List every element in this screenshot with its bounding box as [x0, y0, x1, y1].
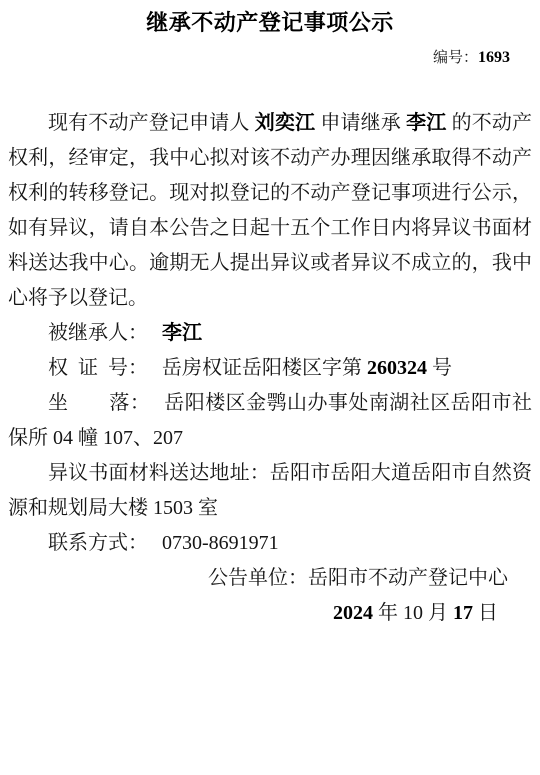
issue-date-year: 2024 [333, 602, 373, 624]
issuing-unit-value: 岳阳市不动产登记中心 [308, 567, 508, 589]
location-row: 坐 落：岳阳楼区金鹗山办事处南湖社区岳阳市社保所 04 幢 107、207 [8, 386, 532, 456]
document-number: 编号：1693 [8, 48, 532, 68]
issue-date-day: 17 [453, 602, 473, 624]
location-label: 坐 落： [48, 392, 150, 414]
contact-value: 0730-8691971 [162, 532, 279, 554]
contact-row: 联系方式：0730-8691971 [8, 526, 532, 561]
certificate-value-text: 岳房权证岳阳楼区字第 [162, 357, 367, 379]
certificate-value-suffix: 号 [427, 357, 452, 379]
paragraph-text: 现有不动产登记申请人 [48, 112, 255, 134]
objection-address-row: 异议书面材料送达地址：岳阳市岳阳大道岳阳市自然资源和规划局大楼 1503 室 [8, 456, 532, 526]
notice-document: 继承不动产登记事项公示 编号：1693 现有不动产登记申请人 刘奕江 申请继承 … [0, 0, 540, 775]
applicant-name: 刘奕江 [255, 112, 315, 134]
issue-date-day-unit: 日 [473, 602, 498, 624]
heir-row: 被继承人：李江 [8, 316, 532, 351]
certificate-label: 权 证 号： [48, 357, 148, 379]
heir-value: 李江 [162, 322, 202, 344]
paragraph-text: 申请继承 [315, 112, 406, 134]
certificate-value: 岳房权证岳阳楼区字第 260324 号 [162, 357, 452, 379]
notice-footer: 公告单位：岳阳市不动产登记中心 2024 年 10 月 17 日 [8, 561, 532, 631]
document-number-label: 编号： [433, 50, 478, 66]
issuing-unit-label: 公告单位： [208, 567, 308, 589]
document-number-value: 1693 [478, 49, 510, 66]
objection-address-label: 异议书面材料送达地址： [48, 462, 270, 484]
paragraph-text: 的不动产权利，经审定，我中心拟对该不动产办理因继承取得不动产权利的转移登记。现对… [8, 112, 532, 309]
decedent-name: 李江 [406, 112, 446, 134]
issue-date-year-unit: 年 [373, 602, 403, 624]
issuing-unit-row: 公告单位：岳阳市不动产登记中心 [8, 561, 532, 596]
certificate-row: 权 证 号：岳房权证岳阳楼区字第 260324 号 [8, 351, 532, 386]
issue-date-month-unit: 月 [423, 602, 453, 624]
certificate-number: 260324 [367, 357, 427, 379]
page-title: 继承不动产登记事项公示 [8, 8, 532, 38]
notice-paragraph: 现有不动产登记申请人 刘奕江 申请继承 李江 的不动产权利，经审定，我中心拟对该… [8, 106, 532, 316]
issue-date-month: 10 [403, 602, 423, 624]
notice-body: 现有不动产登记申请人 刘奕江 申请继承 李江 的不动产权利，经审定，我中心拟对该… [8, 106, 532, 561]
heir-label: 被继承人： [48, 322, 148, 344]
issue-date: 2024 年 10 月 17 日 [8, 596, 532, 631]
contact-label: 联系方式： [48, 532, 148, 554]
